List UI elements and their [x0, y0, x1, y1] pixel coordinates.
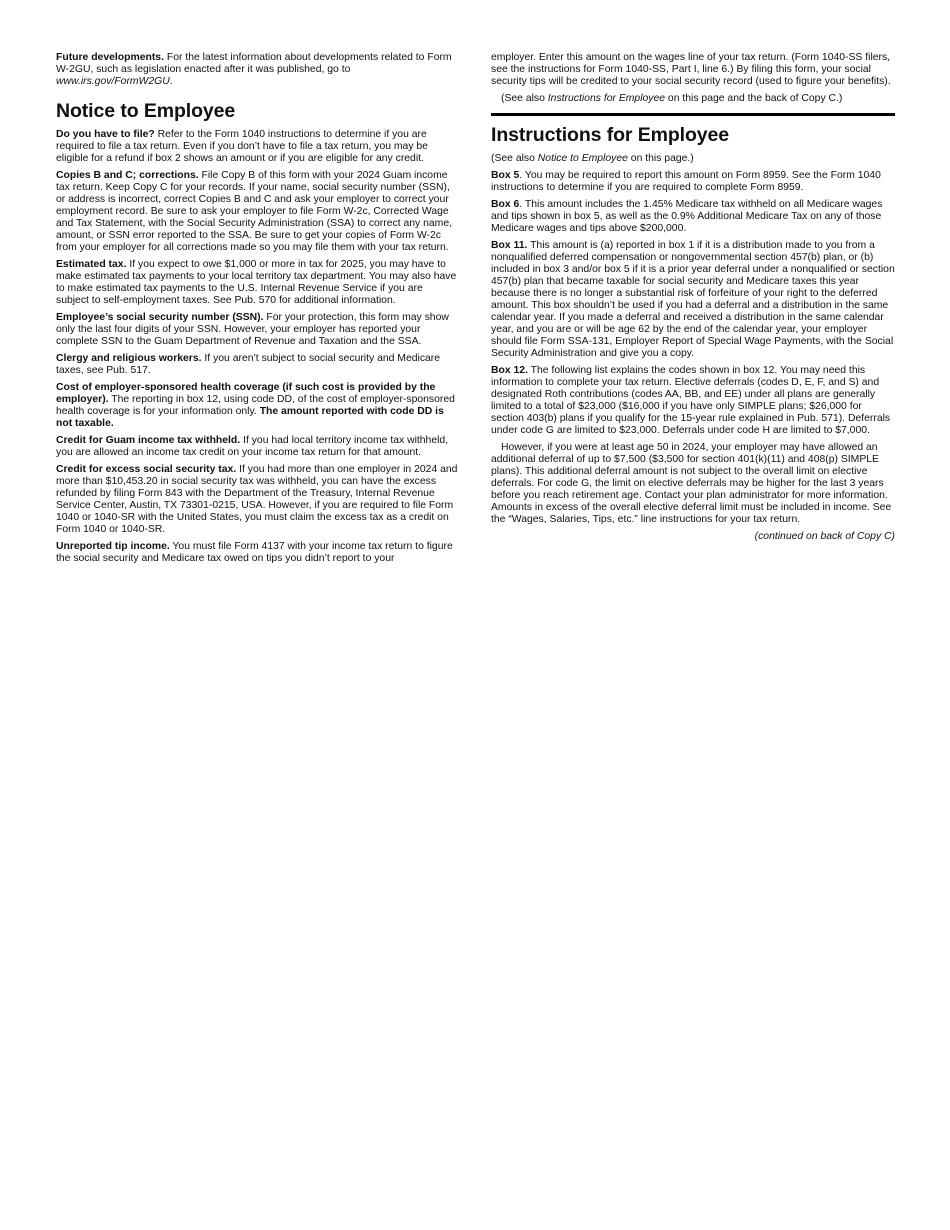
box-5: Box 5. You may be required to report thi… [491, 170, 895, 194]
right-column: employer. Enter this amount on the wages… [491, 52, 895, 548]
notice-title: Notice to Employee [56, 100, 458, 122]
guam-tax-credit: Credit for Guam income tax withheld. If … [56, 435, 458, 459]
employee-ssn: Employee’s social security number (SSN).… [56, 312, 458, 348]
left-column: Future developments. For the latest info… [56, 52, 458, 570]
box-6: Box 6. This amount includes the 1.45% Me… [491, 199, 895, 235]
see-also-instructions: (See also Instructions for Employee on t… [491, 93, 895, 105]
continued-note: (continued on back of Copy C) [491, 531, 895, 543]
excess-ss-credit: Credit for excess social security tax. I… [56, 464, 458, 536]
unreported-tips: Unreported tip income. You must file For… [56, 541, 458, 565]
irs-link[interactable]: www.irs.gov/FormW2GU [56, 76, 170, 87]
future-developments: Future developments. For the latest info… [56, 52, 458, 88]
section-divider [491, 113, 895, 116]
copies-corrections: Copies B and C; corrections. File Copy B… [56, 170, 458, 254]
see-also-notice: (See also Notice to Employee on this pag… [491, 153, 895, 165]
tips-continued: employer. Enter this amount on the wages… [491, 52, 895, 88]
clergy-workers: Clergy and religious workers. If you are… [56, 353, 458, 377]
box-12-however: However, if you were at least age 50 in … [491, 442, 895, 526]
box-12: Box 12. The following list explains the … [491, 365, 895, 437]
instructions-title: Instructions for Employee [491, 124, 895, 146]
health-coverage: Cost of employer-sponsored health covera… [56, 382, 458, 430]
estimated-tax: Estimated tax. If you expect to owe $1,0… [56, 259, 458, 307]
box-11: Box 11. This amount is (a) reported in b… [491, 240, 895, 360]
do-you-have-to-file: Do you have to file? Refer to the Form 1… [56, 129, 458, 165]
